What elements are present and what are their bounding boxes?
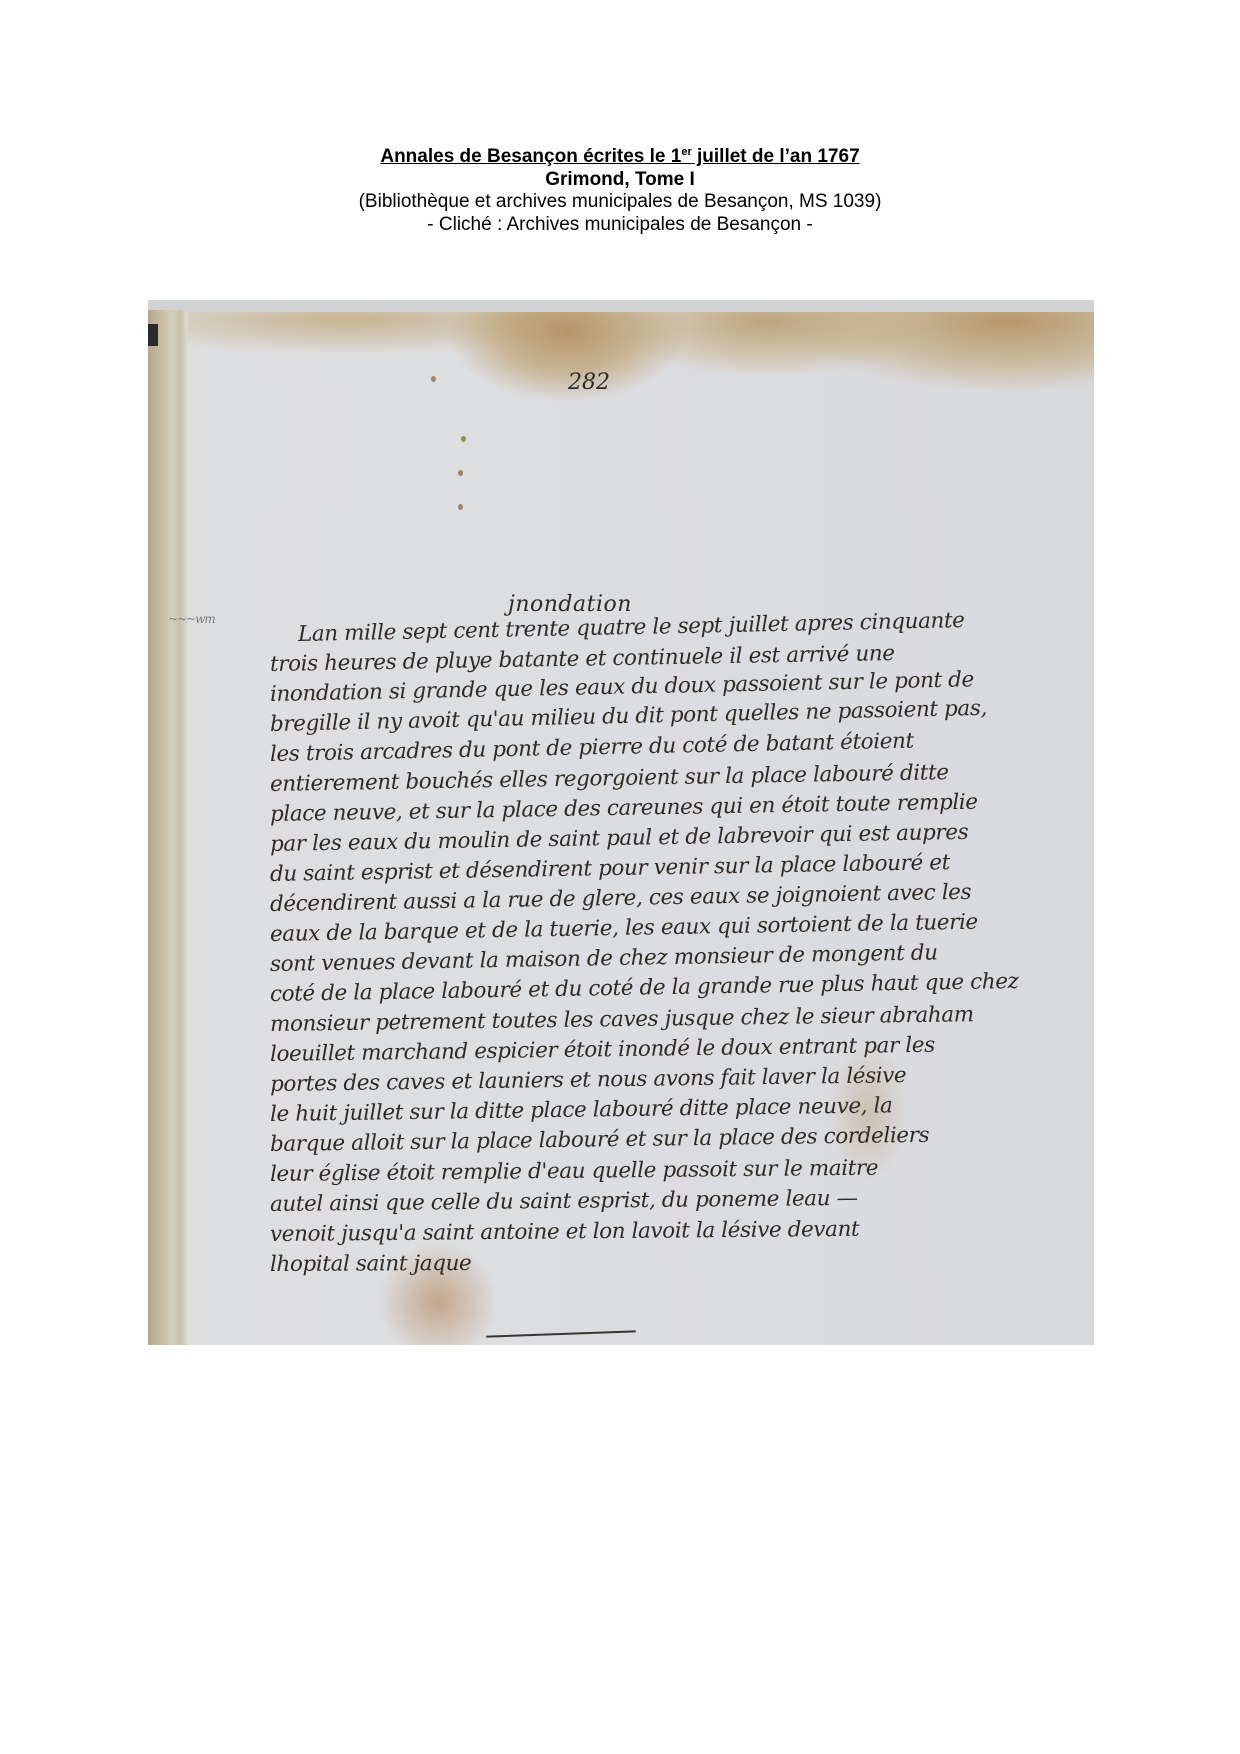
document-header: Annales de Besançon écrites le 1er juill… <box>0 146 1240 236</box>
handwritten-text: jnondation Lan mille sept cent trente qu… <box>148 300 1094 1345</box>
title-text-rest: juillet de l’an 1767 <box>692 146 860 167</box>
manuscript-line: barque alloit sur la place labouré et su… <box>270 1123 930 1157</box>
document-author: Grimond, Tome I <box>0 169 1240 192</box>
photo-credit: - Cliché : Archives municipales de Besan… <box>0 214 1240 237</box>
document-source: (Bibliothèque et archives municipales de… <box>0 191 1240 214</box>
document-title: Annales de Besançon écrites le 1er juill… <box>0 146 1240 169</box>
title-superscript: er <box>681 146 691 158</box>
manuscript-line: leur église étoit remplie d'eau quelle p… <box>270 1156 878 1187</box>
manuscript-photo: 282 ~~~wm jnondation Lan mille sept cent… <box>148 300 1094 1345</box>
manuscript-line: le huit juillet sur la ditte place labou… <box>270 1093 893 1127</box>
manuscript-line: autel ainsi que celle du saint esprist, … <box>270 1186 858 1217</box>
manuscript-line: loeuillet marchand espicier étoit inondé… <box>270 1033 935 1067</box>
manuscript-heading: jnondation <box>508 592 632 617</box>
manuscript-line: venoit jusqu'a saint antoine et lon lavo… <box>270 1217 859 1247</box>
manuscript-line: lhopital saint jaque <box>270 1251 471 1277</box>
manuscript-line: monsieur petrement toutes les caves jusq… <box>270 1002 974 1037</box>
manuscript-line: portes des caves et launiers et nous avo… <box>270 1063 907 1097</box>
title-text: Annales de Besançon écrites le 1 <box>380 146 681 167</box>
closing-flourish <box>486 1330 636 1337</box>
